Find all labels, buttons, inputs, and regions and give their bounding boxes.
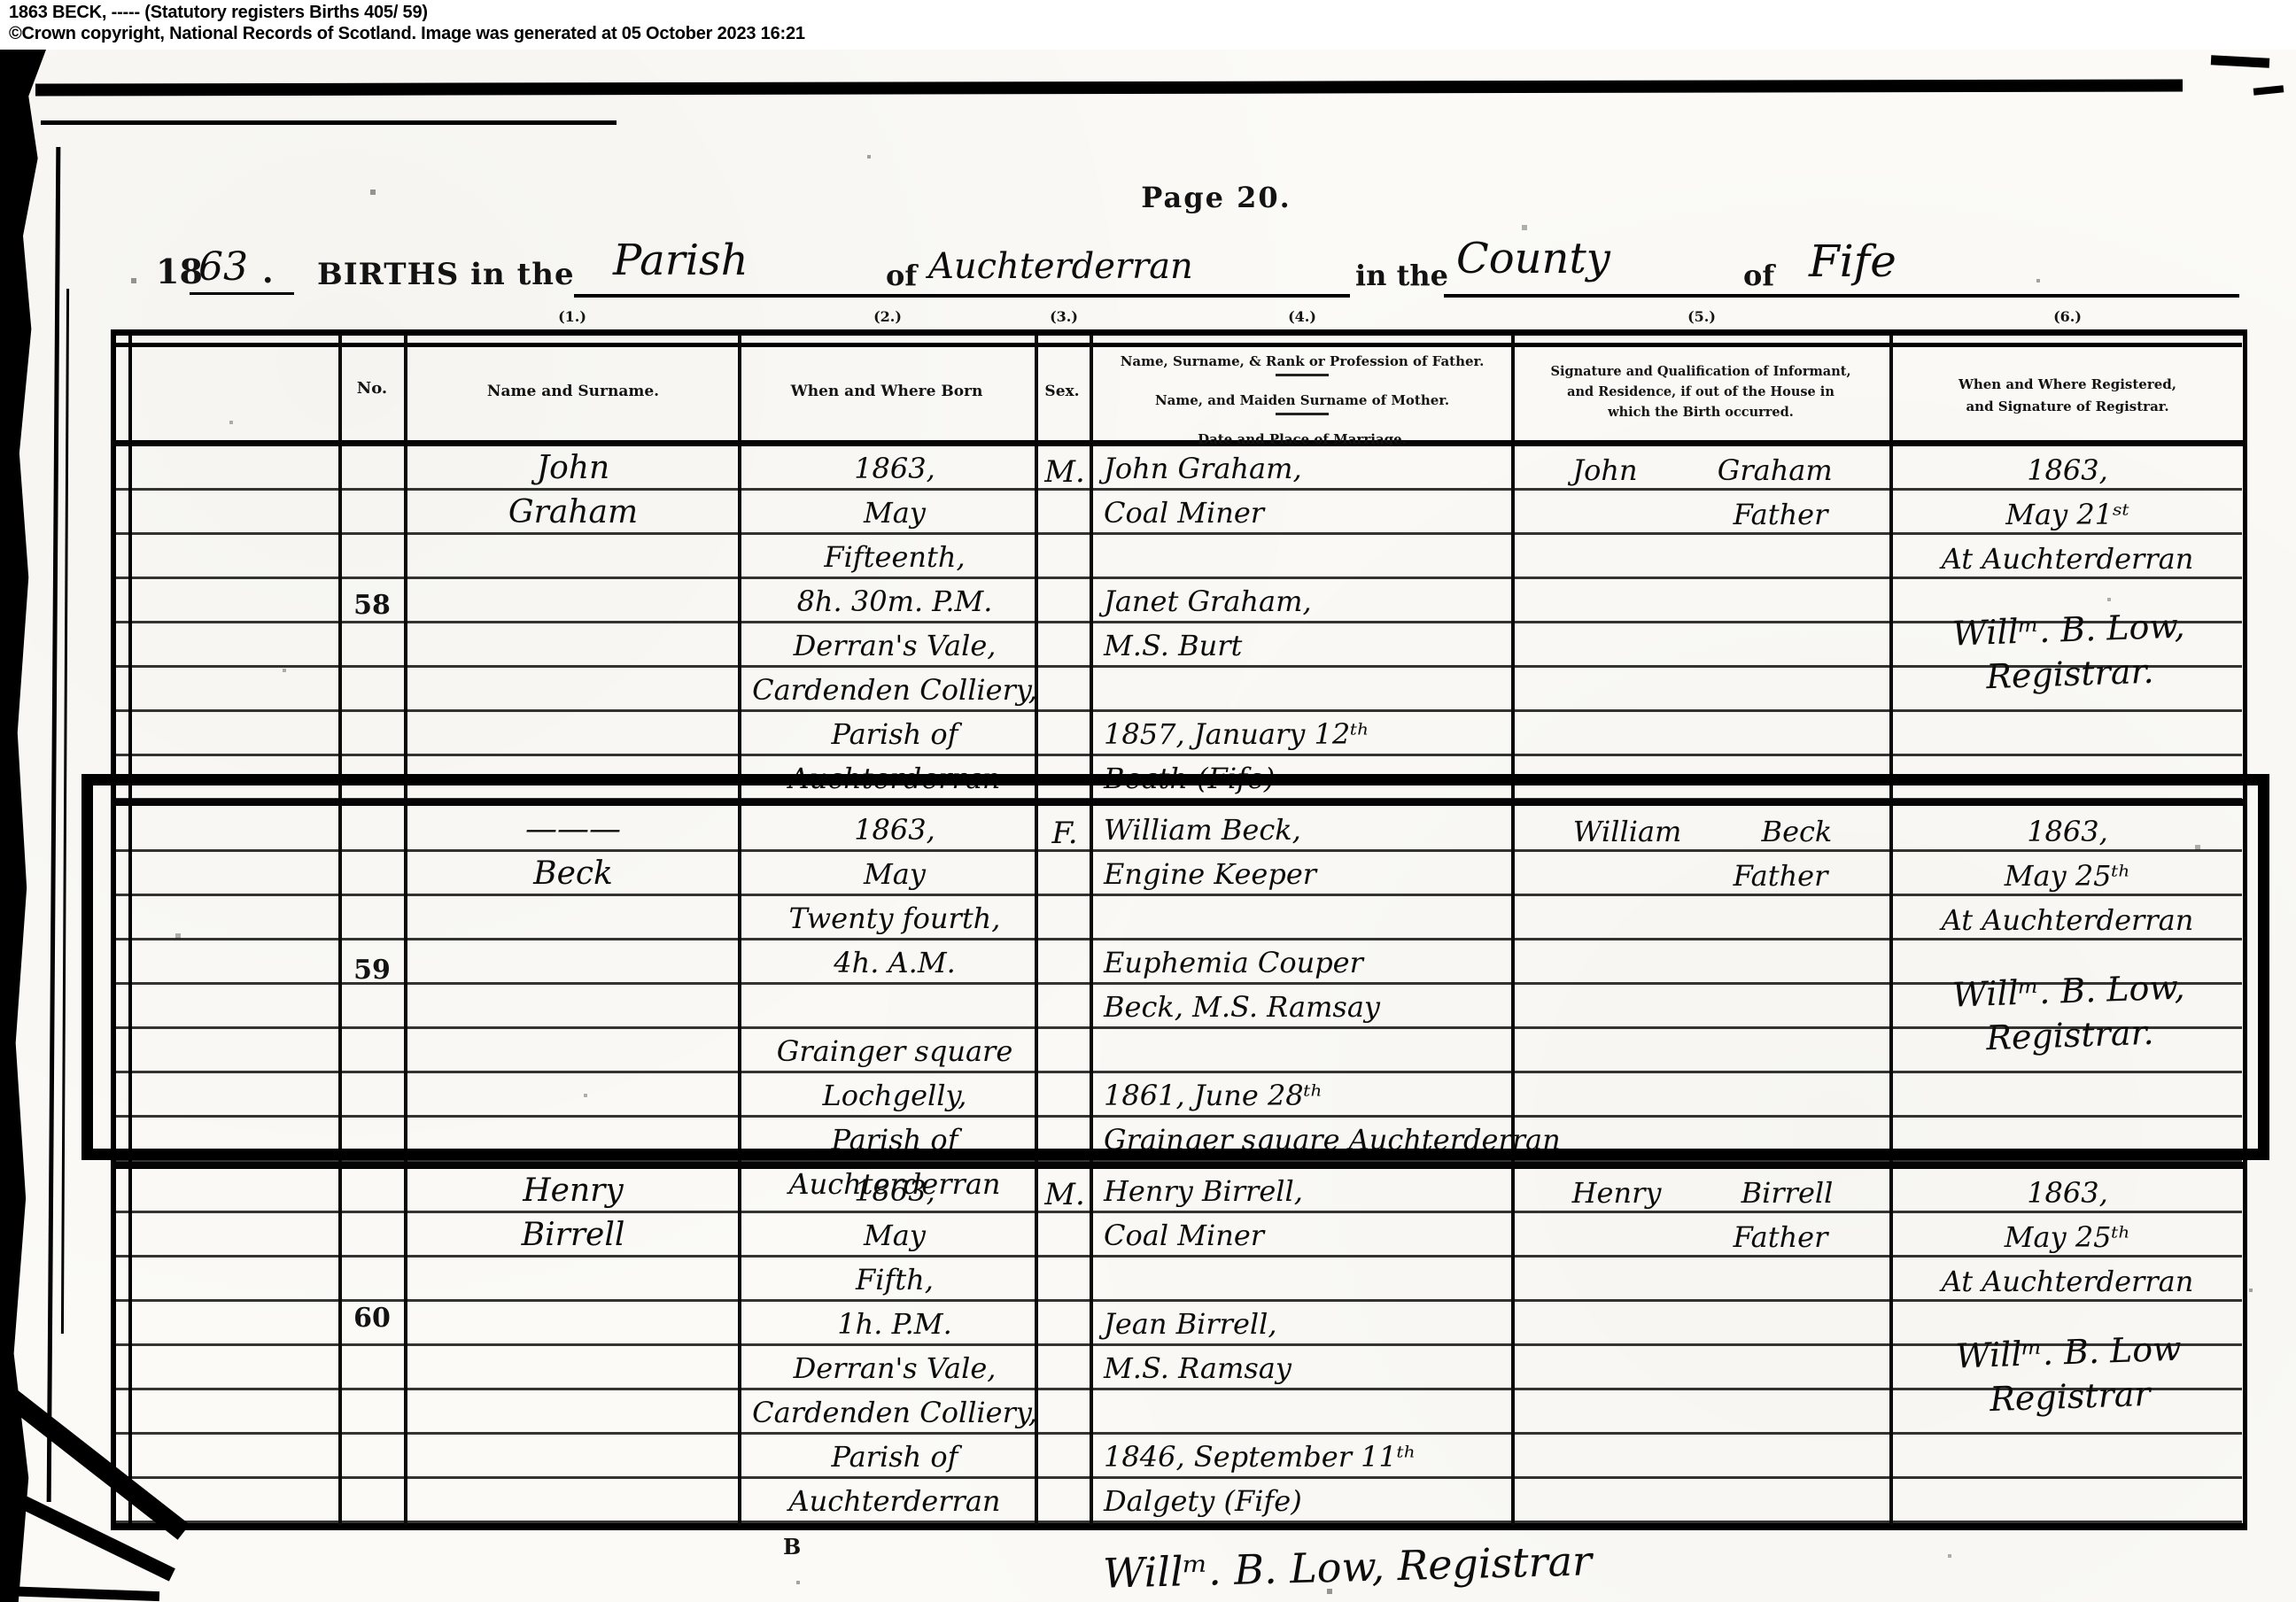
entry-registered-dates: 1863, May 21ˢᵗ At Auchterderran bbox=[1894, 448, 2241, 581]
title-year-printed: 18 bbox=[156, 252, 203, 291]
search-result-highlight-box bbox=[81, 774, 2269, 1160]
column-marker-3: (3.) bbox=[1037, 308, 1090, 325]
viewer-header-bar: 1863 BECK, ----- (Statutory registers Bi… bbox=[0, 0, 2296, 50]
scan-bottom-edge-artifact bbox=[0, 1586, 159, 1601]
scan-top-edge-artifact-2 bbox=[41, 120, 617, 125]
title-parish-underline bbox=[574, 294, 1350, 298]
entry-registrar-signature: Willᵐ. B. Low, Registrar. bbox=[1899, 601, 2238, 701]
entry-sex: M. bbox=[1038, 1172, 1091, 1217]
entry-registered-dates: 1863, May 25ᵗʰ At Auchterderran bbox=[1894, 1171, 2241, 1304]
title-year-underline bbox=[190, 292, 294, 295]
entry-registrar-signature: Willᵐ. B. Low Registrar bbox=[1899, 1324, 2238, 1424]
entry-parents: Henry Birrell, Coal Miner Jean Birrell, … bbox=[1104, 1169, 1679, 1523]
title-period: . bbox=[262, 253, 274, 290]
header-when-where-born: When and Where Born bbox=[744, 383, 1029, 400]
column-marker-4: (4.) bbox=[1276, 308, 1329, 325]
print-mark: B bbox=[783, 1534, 801, 1559]
page-registrar-signature: Willᵐ. B. Low, Registrar bbox=[1102, 1528, 1900, 1598]
entry-name: John Graham bbox=[409, 446, 737, 535]
row-separator bbox=[111, 1162, 2247, 1169]
column-marker-5: (5.) bbox=[1675, 308, 1728, 325]
column-marker-2: (2.) bbox=[861, 308, 914, 325]
entry-name: Henry Birrell bbox=[409, 1169, 737, 1258]
entry-informant-role: Father bbox=[1674, 1215, 1887, 1259]
scan-top-edge-artifact bbox=[35, 79, 2183, 96]
header-informant: Signature and Qualification of Informant… bbox=[1516, 361, 1885, 422]
entry-number: 58 bbox=[341, 584, 403, 628]
scan-left-edge-artifact bbox=[0, 50, 46, 1602]
entry-sex: M. bbox=[1038, 450, 1091, 494]
entry-parents: John Graham, Coal Miner Janet Graham, M.… bbox=[1104, 446, 1679, 801]
entry-born: 1863, May Fifth, 1h. P.M. Derran's Vale,… bbox=[709, 1169, 1081, 1523]
title-parish-word: Parish bbox=[613, 236, 749, 285]
entry-born: 1863, May Fifteenth, 8h. 30m. P.M. Derra… bbox=[709, 446, 1081, 801]
header-no: No. bbox=[339, 379, 405, 398]
title-in-the: in the bbox=[1355, 259, 1448, 292]
entry-number: 60 bbox=[341, 1296, 403, 1341]
page-number: Page 20. bbox=[1123, 181, 1309, 214]
header-registered: When and Where Registered, and Signature… bbox=[1896, 374, 2239, 418]
entry-informant-name: John Graham bbox=[1516, 448, 1889, 492]
screenshot-root: 1863 BECK, ----- (Statutory registers Bi… bbox=[0, 0, 2296, 1602]
title-county-underline bbox=[1444, 294, 2239, 298]
header-sex: Sex. bbox=[1033, 383, 1091, 400]
scan-top-right-speck bbox=[2211, 55, 2269, 67]
header-mini-rule bbox=[1276, 374, 1329, 376]
header-mini-rule bbox=[1276, 413, 1329, 415]
scan-left-fold-line bbox=[47, 147, 61, 1502]
scanned-register-image: Page 20. 18 63 . BIRTHS in the Parish of… bbox=[0, 50, 2296, 1602]
title-county-word: County bbox=[1456, 234, 1610, 283]
scan-top-right-speck-2 bbox=[2253, 85, 2284, 96]
title-of-1: of bbox=[886, 259, 917, 292]
entry-informant-name: Henry Birrell bbox=[1516, 1171, 1889, 1215]
entry-informant-role: Father bbox=[1674, 492, 1887, 537]
title-parish-name: Auchterderran bbox=[928, 246, 1193, 287]
scan-left-fold-line-2 bbox=[61, 289, 69, 1334]
header-father-mother: Name, Surname, & Rank or Profession of F… bbox=[1098, 342, 1506, 459]
title-year-handwritten: 63 bbox=[198, 244, 248, 290]
title-births-label: BIRTHS in the bbox=[317, 257, 575, 292]
copyright-text: ©Crown copyright, National Records of Sc… bbox=[9, 24, 805, 44]
record-title-text: 1863 BECK, ----- (Statutory registers Bi… bbox=[9, 3, 428, 23]
column-marker-1: (1.) bbox=[546, 308, 599, 325]
title-of-2: of bbox=[1743, 259, 1774, 292]
header-name-surname: Name and Surname. bbox=[415, 383, 732, 400]
title-county-name: Fife bbox=[1809, 236, 1897, 287]
column-marker-6: (6.) bbox=[2041, 308, 2094, 325]
